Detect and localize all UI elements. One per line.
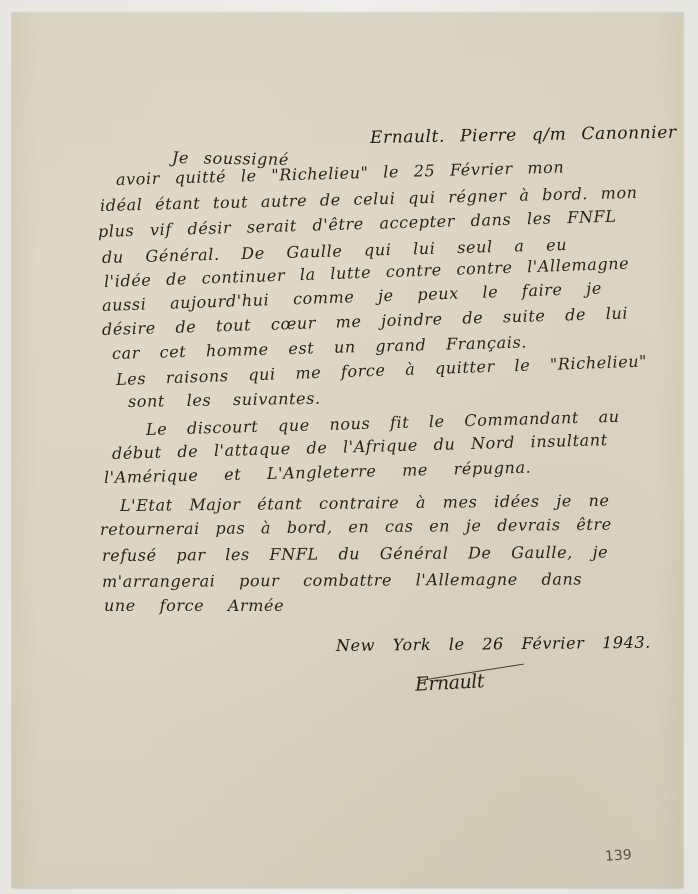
- archive-folio-number: 139: [604, 847, 632, 865]
- letter-line-11: sont les suivantes.: [128, 389, 321, 411]
- letter-dateline: New York le 26 Février 1943.: [336, 633, 651, 655]
- letter-line-18: m'arrangerai pour combattre l'Allemagne …: [102, 569, 582, 591]
- letter-line-19: une force Armée: [104, 596, 284, 615]
- letter-line-17: refusé par les FNFL du Général De Gaulle…: [102, 542, 608, 565]
